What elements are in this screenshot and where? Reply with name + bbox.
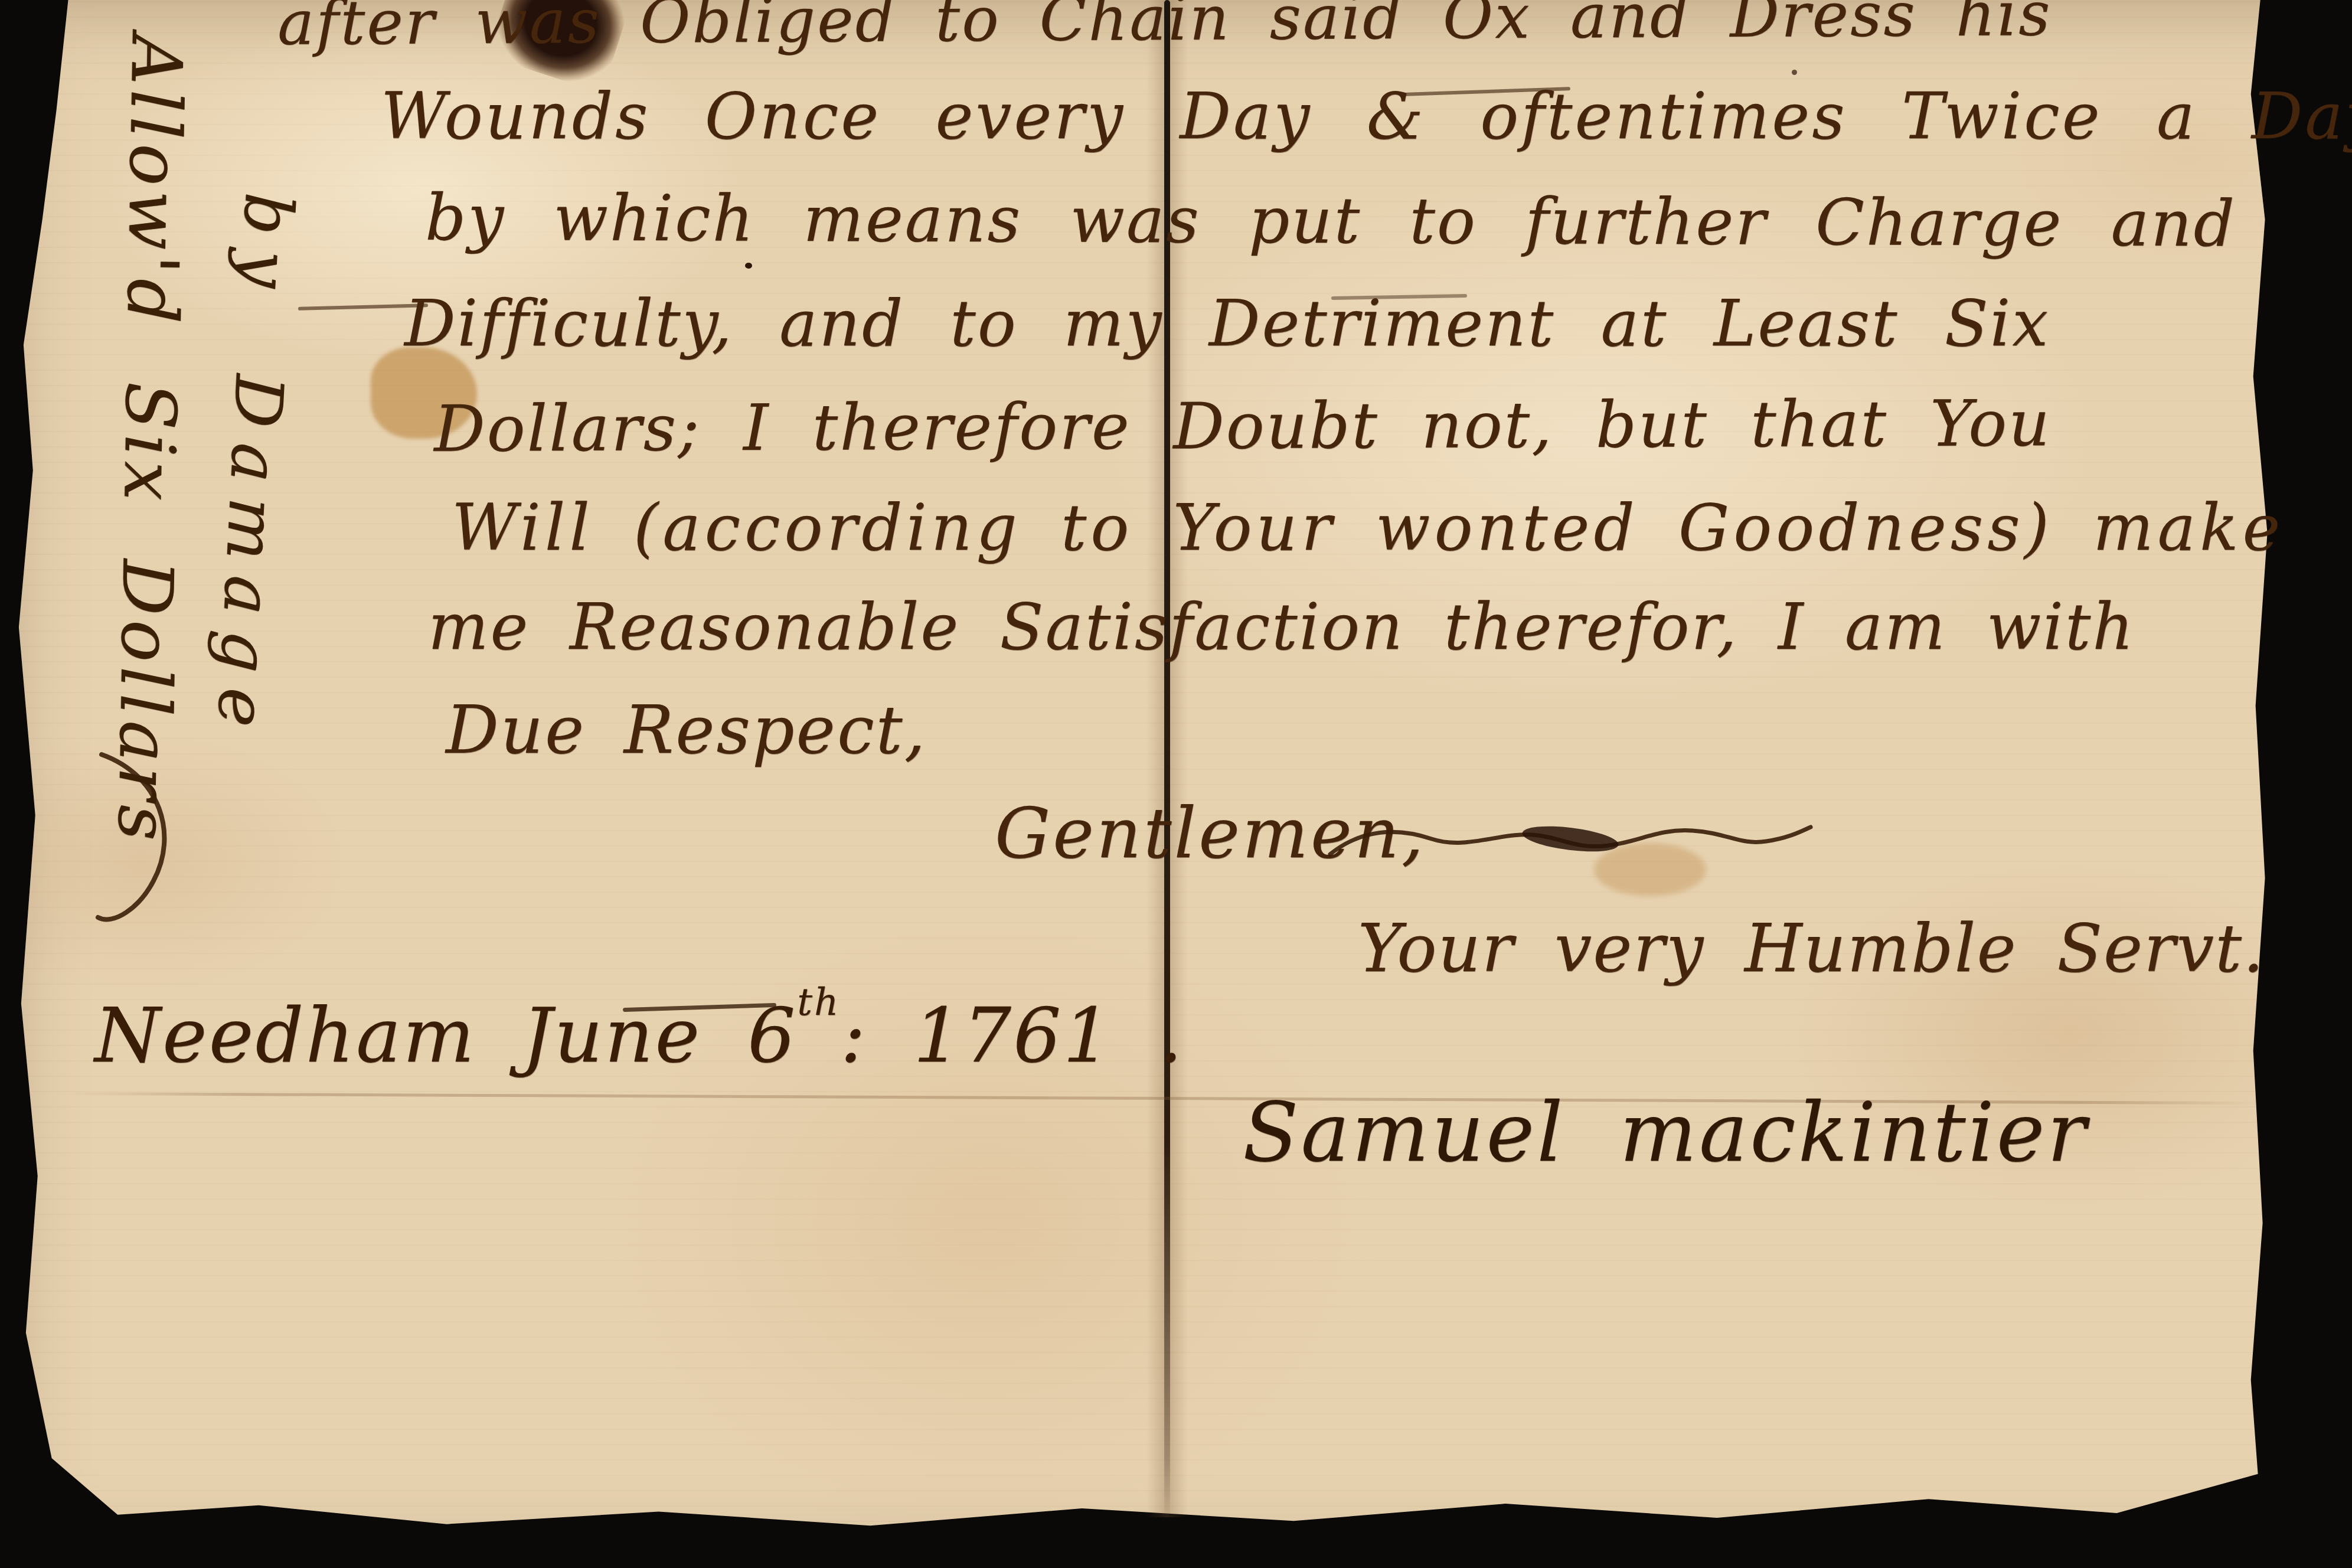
- letter-line: after was Obliged to Chain said Ox and D…: [277, 0, 2052, 59]
- letter-line: Wounds Once every Day & oftentimes Twice…: [381, 80, 2352, 153]
- margin-note-line-1: Allow'd Six Dollars: [102, 34, 198, 846]
- letter-line: me Reasonable Satisfaction therefor, I a…: [428, 590, 2135, 664]
- signature: Samuel mackintier: [1243, 1085, 2089, 1180]
- ink-speck: [1792, 70, 1797, 75]
- ink-speck: [745, 263, 752, 269]
- letter-line: Due Respect,: [446, 692, 927, 769]
- letter-line: by which means was put to further Charge…: [425, 181, 2236, 262]
- margin-flourish: [89, 750, 189, 939]
- letter-line: Difficulty, and to my Detriment at Least…: [404, 287, 2050, 361]
- valediction: Your very Humble Servt.: [1358, 910, 2265, 987]
- scanned-letter-photo: Allow'd Six Dollars by Damage after was …: [0, 0, 2352, 1568]
- pen-flourish-after-salutation: [1325, 812, 1815, 883]
- dateline: Needham June 6th: 1761 .: [94, 992, 1184, 1080]
- dateline-place-and-day: Needham June 6: [94, 992, 797, 1080]
- letter-line: Will (according to Your wonted Goodness)…: [452, 491, 2284, 565]
- dateline-year: : 1761 .: [840, 992, 1184, 1080]
- letter-line: Dollars; I therefore Doubt not, but that…: [434, 387, 2052, 466]
- dateline-ordinal: th: [797, 981, 840, 1024]
